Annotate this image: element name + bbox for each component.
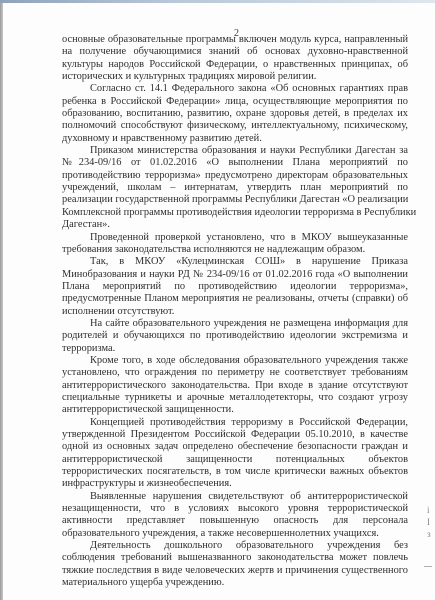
text-line: исполнении отсутствуют. — [62, 306, 408, 318]
text-line: реализации государственной программы Рес… — [62, 194, 408, 206]
text-line: Плана мероприятий по противодействию иде… — [62, 281, 408, 293]
text-line: культуры народов Российской Федерации, о… — [62, 59, 408, 71]
text-line: инфраструктуры и жизнеобеспечения. — [62, 478, 408, 490]
margin-mark: І — [427, 517, 430, 527]
text-line: исторических и культурных традициях миро… — [62, 71, 408, 83]
text-line: требования законодательства исполняются … — [62, 244, 408, 256]
text-line: материального ущерба учреждению. — [62, 577, 408, 589]
text-line: соблюдения требований вышеназванного зак… — [62, 552, 408, 564]
text-line: образовательного учреждения, а также нес… — [62, 528, 408, 540]
text-line: Концепцией противодействия терроризму в … — [62, 417, 408, 429]
text-line: установлено, что ограждения по периметру… — [62, 367, 408, 379]
text-line: антитеррористической защищенности. — [62, 404, 408, 416]
text-line: учреждений, школам – интернатам, утверди… — [62, 182, 408, 194]
text-line: предусмотренные Планом мероприятия не ре… — [62, 293, 408, 305]
text-line: духовному и нравственному развитию детей… — [62, 133, 408, 145]
text-line: На сайте образовательного учреждения не … — [62, 318, 408, 330]
margin-mark: і — [427, 505, 430, 515]
text-line: Дагестан». — [62, 219, 408, 231]
text-line: Выявленные нарушения свидетельствуют об … — [62, 491, 408, 503]
text-line: Так, в МКОУ «Кулецминская СОШ» в нарушен… — [62, 256, 408, 268]
text-line: Деятельность дошкольного образовательног… — [62, 540, 408, 552]
text-line: активности представляет повышенную опасн… — [62, 515, 408, 527]
text-line: образованию, воспитанию, развитию, охран… — [62, 108, 408, 120]
text-line: противодействию терроризма» предусмотрен… — [62, 170, 408, 182]
text-line: Минобразования и науки РД № 234-09/16 от… — [62, 269, 408, 281]
text-line: Проведенной проверкой установлено, что в… — [62, 232, 408, 244]
text-line: одной из основных задач определено обесп… — [62, 441, 408, 453]
document-body: основные образовательные программы включ… — [62, 34, 408, 589]
text-line: незащищенности, что в условиях высокого … — [62, 503, 408, 515]
text-line: ребенка в Российской Федерации» лица, ос… — [62, 96, 408, 108]
text-line: антитеррористического законодательства. … — [62, 380, 408, 392]
text-line: утвержденной Президентом Российской Феде… — [62, 429, 408, 441]
text-line: основные образовательные программы включ… — [62, 34, 408, 46]
text-line: террористических посягательств, в том чи… — [62, 466, 408, 478]
text-line: №234-09/16 от 01.02.2016 «О выполнении П… — [62, 157, 408, 169]
text-line: тяжкие последствия в виде человеческих ж… — [62, 565, 408, 577]
text-line: антитеррористической защищенности потенц… — [62, 454, 408, 466]
margin-mark: з — [427, 529, 431, 539]
text-line: Кроме того, в ходе обследования образова… — [62, 355, 408, 367]
text-line: полномочий способствуют физическому, инт… — [62, 120, 408, 132]
margin-dash — [424, 566, 432, 567]
text-line: Комплексной программы противодействия ид… — [62, 207, 408, 219]
text-line: терроризма. — [62, 343, 408, 355]
text-line: Приказом министерства образования и наук… — [62, 145, 408, 157]
text-line: Согласно ст. 14.1 Федерального закона «О… — [62, 83, 408, 95]
text-line: специальные турникеты и арочные металлод… — [62, 392, 408, 404]
text-line: на получение обучающимися знаний об осно… — [62, 46, 408, 58]
text-line: родителей и обучающихся по противодейств… — [62, 330, 408, 342]
